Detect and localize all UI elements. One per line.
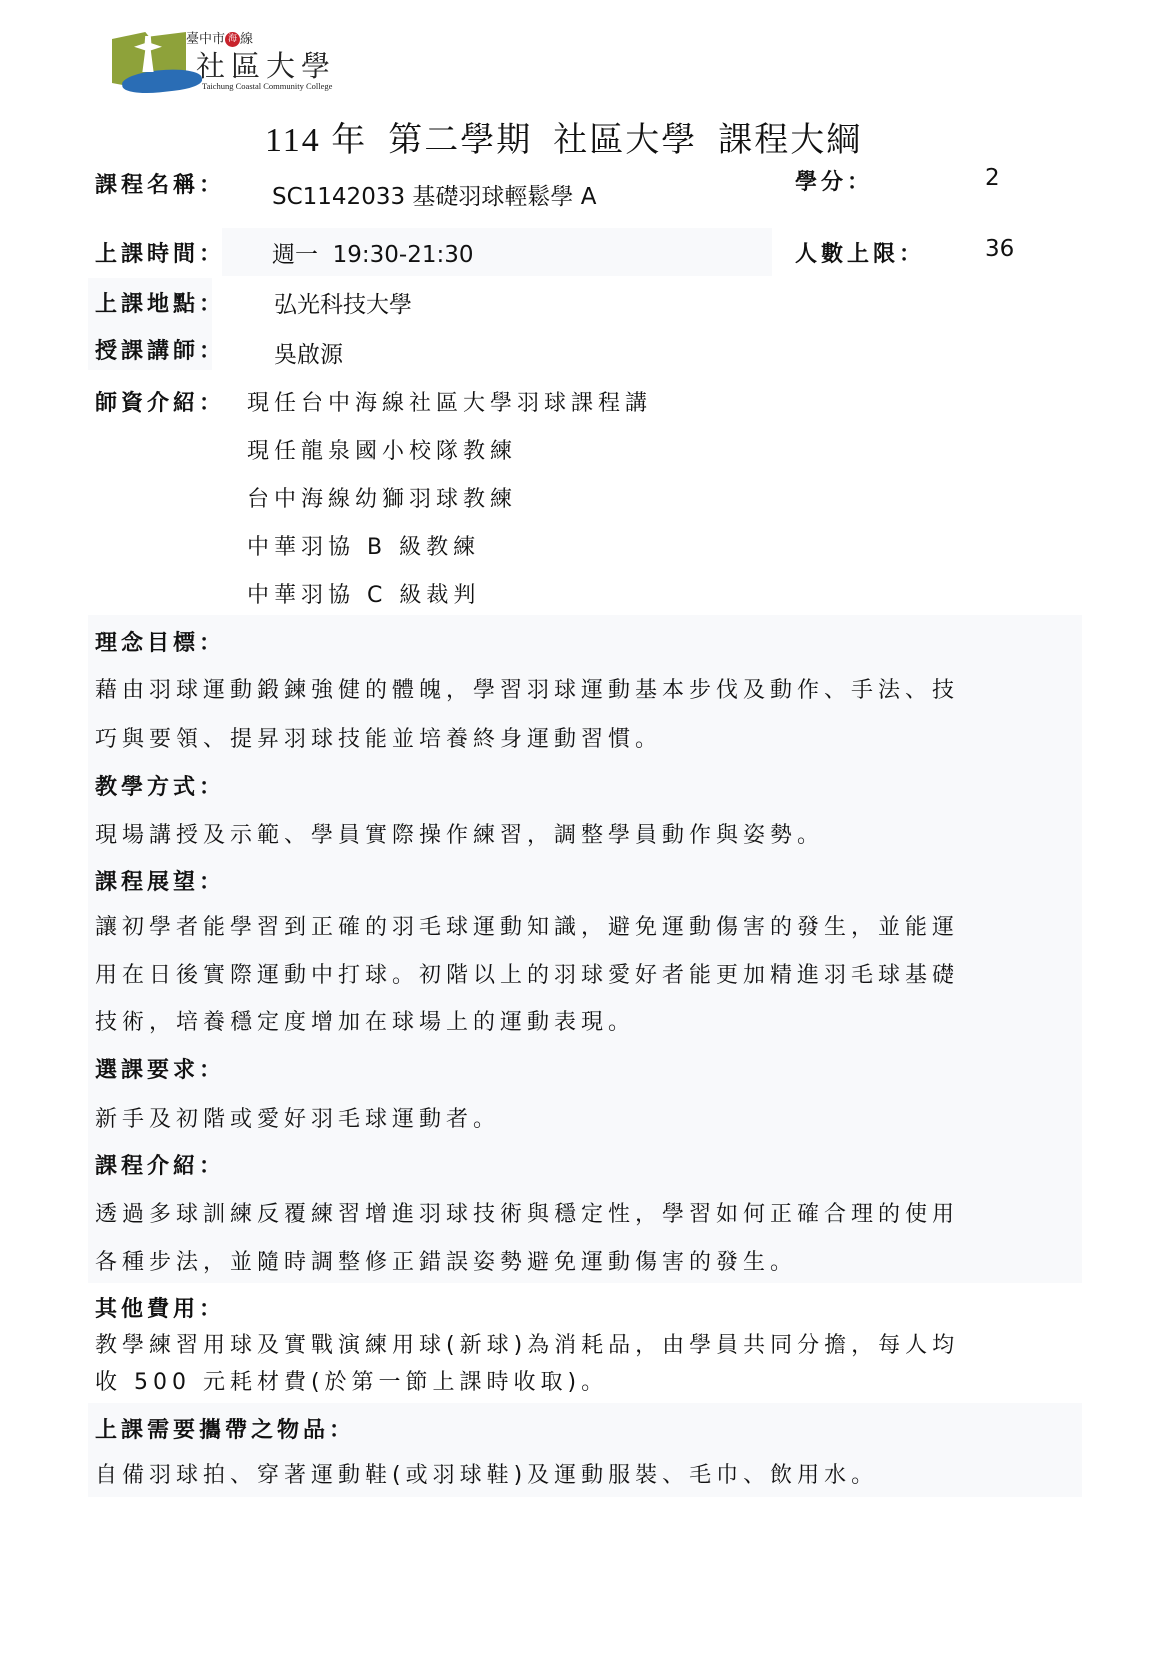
instructor-value: 吳啟源	[274, 336, 343, 369]
bio-line: 台中海線幼獅羽球教練	[247, 482, 517, 513]
bio-line: 現任龍泉國小校隊教練	[247, 434, 517, 465]
section-heading-introduction: 課程介紹：	[95, 1149, 225, 1180]
section-text: 巧與要領、提昇羽球技能並培養終身運動習慣。	[95, 722, 662, 753]
location-label: 上課地點：	[95, 287, 225, 318]
section-heading-requirements: 選課要求：	[95, 1053, 225, 1084]
college-logo: 臺中市海線 社區大學 Taichung Coastal Community Co…	[112, 26, 367, 98]
bio-line: 現任台中海線社區大學羽球課程講	[247, 386, 652, 417]
section-text: 教學練習用球及實戰演練用球(新球)為消耗品，由學員共同分擔，每人均	[95, 1328, 959, 1359]
section-text: 新手及初階或愛好羽毛球運動者。	[95, 1102, 500, 1133]
capacity-label: 人數上限：	[795, 237, 925, 268]
capacity-value: 36	[985, 236, 1014, 262]
section-text: 技術，培養穩定度增加在球場上的運動表現。	[95, 1005, 635, 1036]
bio-line: 中華羽協 C 級裁判	[247, 578, 480, 609]
location-value: 弘光科技大學	[274, 286, 412, 319]
instructor-label: 授課講師：	[95, 334, 225, 365]
logo-main-text: 社區大學	[196, 44, 336, 85]
bio-line: 中華羽協 B 級教練	[247, 530, 480, 561]
course-name-label: 課程名稱：	[95, 168, 225, 199]
section-heading-teaching-method: 教學方式：	[95, 770, 225, 801]
section-text: 各種步法，並隨時調整修正錯誤姿勢避免運動傷害的發生。	[95, 1245, 797, 1276]
section-text: 現場講授及示範、學員實際操作練習，調整學員動作與姿勢。	[95, 818, 824, 849]
time-value: 週一 19:30-21:30	[272, 236, 474, 269]
credits-label: 學分：	[795, 165, 873, 196]
section-shade-main	[88, 615, 1082, 1283]
course-name-value: SC1142033 基礎羽球輕鬆學 A	[272, 178, 596, 211]
credits-value: 2	[985, 165, 1000, 191]
section-heading-items-to-bring: 上課需要攜帶之物品：	[95, 1413, 355, 1444]
section-text: 用在日後實際運動中打球。初階以上的羽球愛好者能更加精進羽毛球基礎	[95, 958, 959, 989]
time-label: 上課時間：	[95, 237, 225, 268]
section-heading-other-fees: 其他費用：	[95, 1292, 225, 1323]
section-heading-philosophy: 理念目標：	[95, 626, 225, 657]
section-text: 藉由羽球運動鍛鍊強健的體魄，學習羽球運動基本步伐及動作、手法、技	[95, 673, 959, 704]
page-title: 114 年 第二學期 社區大學 課程大綱	[265, 112, 862, 161]
section-text: 透過多球訓練反覆練習增進羽球技術與穩定性，學習如何正確合理的使用	[95, 1197, 959, 1228]
section-heading-outlook: 課程展望：	[95, 865, 225, 896]
section-text: 收 500 元耗材費(於第一節上課時收取)。	[95, 1365, 608, 1396]
section-text: 讓初學者能學習到正確的羽毛球運動知識，避免運動傷害的發生，並能運	[95, 910, 959, 941]
bio-label: 師資介紹：	[95, 386, 225, 417]
logo-english-text: Taichung Coastal Community College	[202, 81, 332, 91]
section-text: 自備羽球拍、穿著運動鞋(或羽球鞋)及運動服裝、毛巾、飲用水。	[95, 1458, 878, 1489]
